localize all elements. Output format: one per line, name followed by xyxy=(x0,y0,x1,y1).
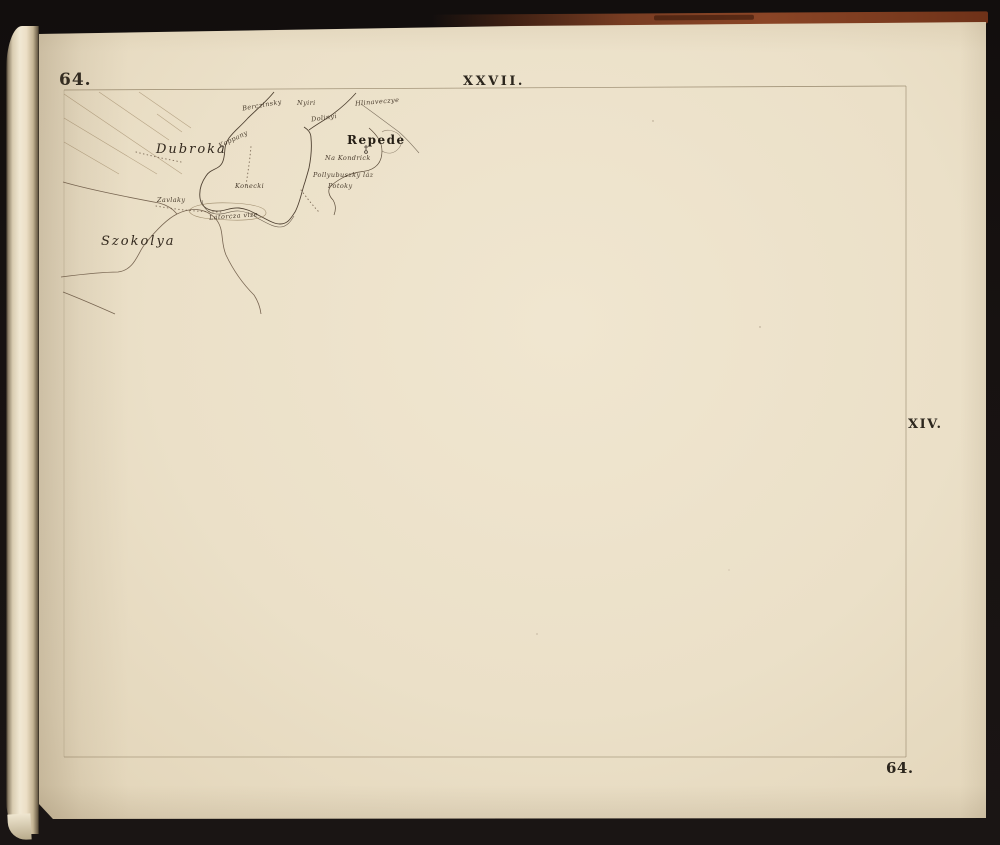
neighbor-sheet-ref-top: XXVII. xyxy=(463,75,525,88)
book-spine-curl xyxy=(6,26,39,834)
sheet-number-bottom-right: 64. xyxy=(886,761,914,776)
map-label-repede: Repede xyxy=(347,133,406,147)
map-label-nyiri: Nyiri xyxy=(296,99,316,107)
map-label-zavlaky: Zavlaky xyxy=(156,196,185,204)
map-labels: Dubroka Szokolya Repede Berczinsky Nyiri… xyxy=(101,96,406,249)
map-label-konecki: Konecki xyxy=(234,182,264,190)
river-lines xyxy=(200,92,419,227)
map-label-hlinaveczye: Hlinaveczye xyxy=(354,96,400,108)
map-fragment-svg: Dubroka Szokolya Repede Berczinsky Nyiri… xyxy=(39,22,986,819)
map-label-pollyubuszky: Pollyubuszky láz xyxy=(312,171,374,179)
map-label-potoky: Potoky xyxy=(327,182,353,190)
map-label-berczinsky: Berczinsky xyxy=(241,98,283,113)
map-label-na-kondrick: Na Kondrick xyxy=(324,154,371,162)
neighbor-sheet-ref-right: XIV. xyxy=(908,418,943,431)
map-label-dubroka: Dubroka xyxy=(155,142,227,157)
sheet-number-top-left: 64. xyxy=(59,72,92,89)
field-boundary-lines xyxy=(64,92,191,174)
map-label-szokolya: Szokolya xyxy=(101,234,176,249)
map-neatline xyxy=(64,86,906,757)
atlas-page: Dubroka Szokolya Repede Berczinsky Nyiri… xyxy=(39,22,986,819)
map-label-koppany: Koppany xyxy=(216,129,249,150)
paper-specks xyxy=(536,120,760,634)
map-label-dolinyi: Dolinyi xyxy=(310,112,338,124)
